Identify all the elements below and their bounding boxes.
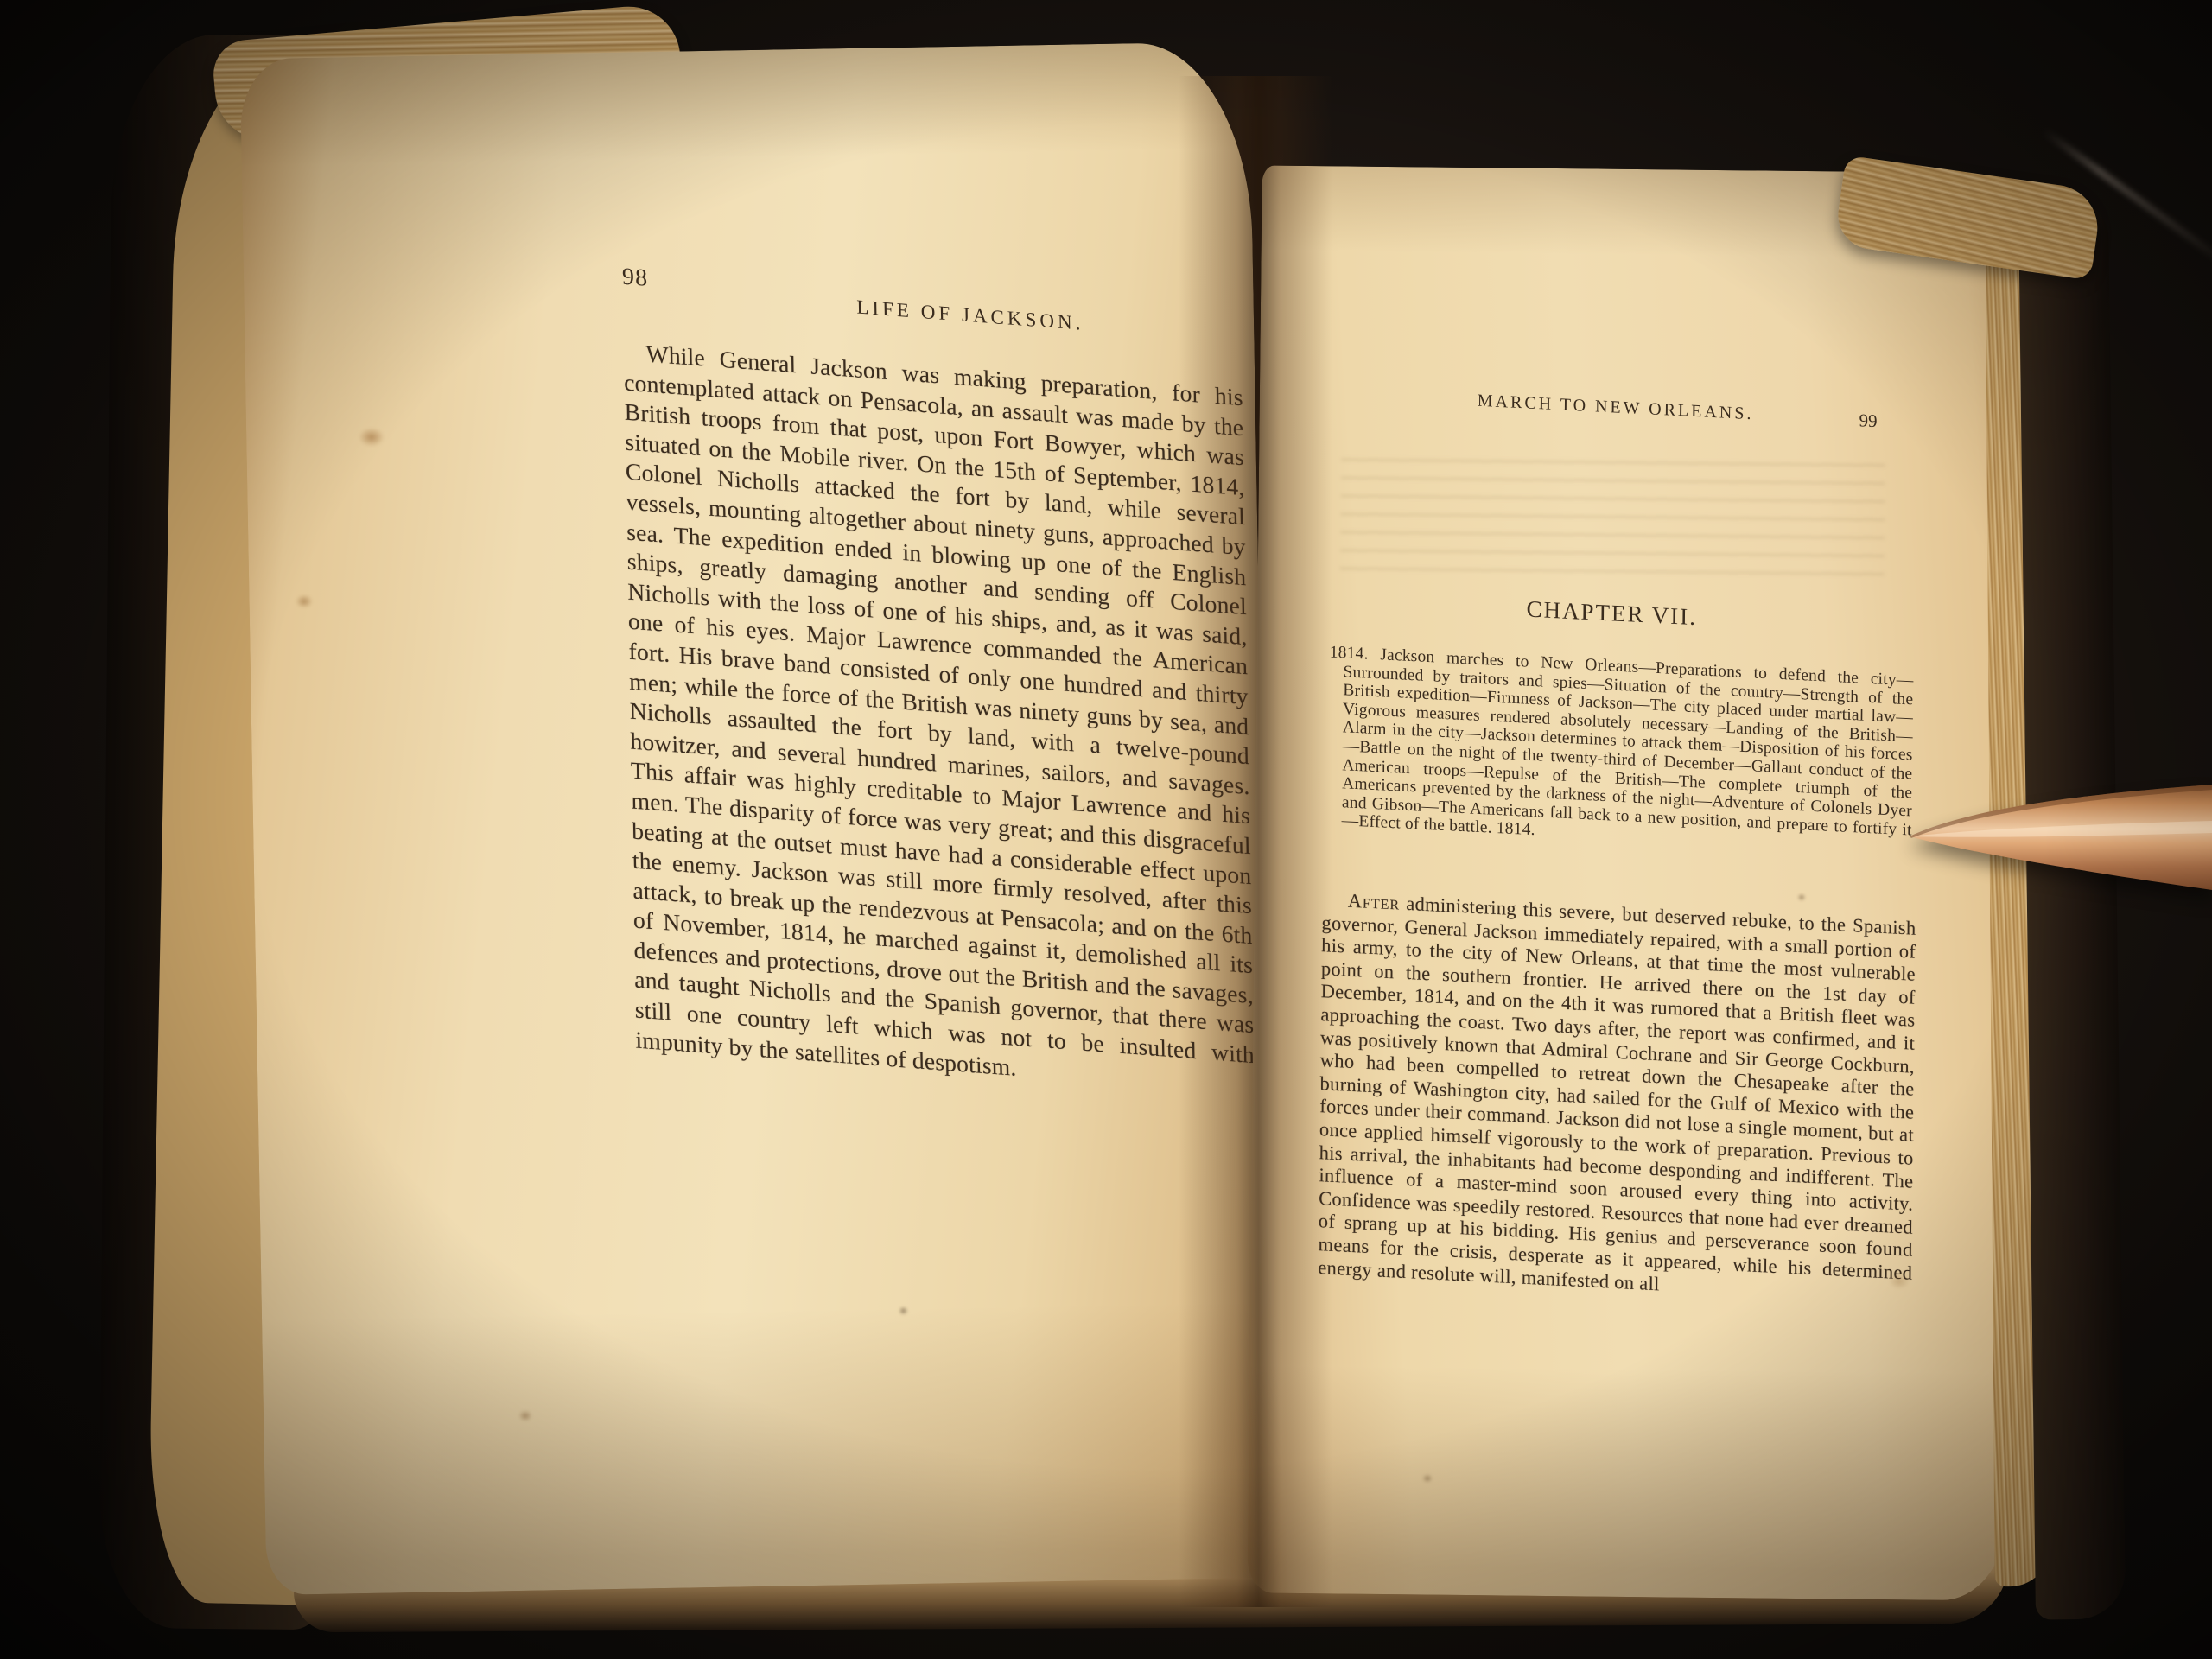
copper-pointer bbox=[1897, 760, 2212, 909]
book-cover-right bbox=[2018, 200, 2126, 1619]
left-page-paragraph: While General Jackson was making prepara… bbox=[623, 338, 1255, 1101]
foxing-spot bbox=[1889, 1274, 1910, 1289]
foxing-spot bbox=[1422, 1474, 1433, 1483]
right-page-paragraph: Afteradministering this severe, but dese… bbox=[1318, 888, 1916, 1308]
chapter-summary: 1814. Jackson marches to New Orleans—Pre… bbox=[1328, 643, 1914, 858]
page-number-left: 98 bbox=[622, 264, 649, 293]
book-photo-scene: 98 LIFE OF JACKSON. While General Jackso… bbox=[0, 0, 2212, 1659]
left-page: 98 LIFE OF JACKSON. While General Jackso… bbox=[240, 41, 1276, 1595]
foxing-spot bbox=[1797, 893, 1806, 901]
page-number-right: 99 bbox=[1859, 410, 1877, 432]
foxing-spot bbox=[899, 1306, 908, 1315]
chapter-heading: CHAPTER VII. bbox=[1413, 590, 1810, 636]
left-page-text-layer: 98 LIFE OF JACKSON. While General Jackso… bbox=[239, 24, 1277, 1635]
foxing-spot bbox=[359, 428, 385, 447]
running-header-left: LIFE OF JACKSON. bbox=[728, 287, 1212, 345]
running-header-right: MARCH TO NEW ORLEANS. bbox=[1478, 391, 1754, 425]
foxing-spot bbox=[296, 594, 313, 608]
foxing-spot bbox=[518, 1410, 532, 1421]
paragraph-text: administering this severe, but deserved … bbox=[1318, 893, 1916, 1294]
paragraph-lead-word: After bbox=[1348, 890, 1401, 914]
